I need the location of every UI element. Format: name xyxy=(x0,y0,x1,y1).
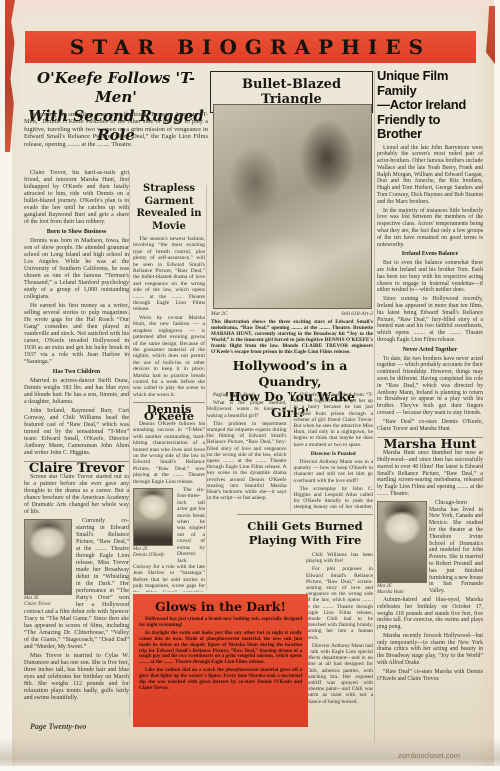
paragraph: Like the radium dial on a watch the phos… xyxy=(139,668,302,692)
mat-number: Mat 2E xyxy=(24,596,39,601)
paragraph: Dennis O'Keefe follows his smashing succ… xyxy=(133,421,205,485)
headline-line-2: Playing With Fire xyxy=(237,533,373,547)
photo-caption-name: Marsha Hunt xyxy=(377,590,404,595)
dennis-okeefe-headline: Dennis O'Keefe xyxy=(133,402,205,419)
paragraph: The season's newest fashion, involving “… xyxy=(133,236,205,313)
paragraph: Lionel and the late John Barrymore were … xyxy=(377,145,483,206)
scanned-pressbook-page: STAR BIOGRAPHIES O'Keefe Follows 'T-Men'… xyxy=(0,0,500,771)
paragraph: Since coming to Hollywood recently, Irel… xyxy=(377,296,483,344)
dennis-okeefe-photo xyxy=(133,488,173,546)
column-rule xyxy=(206,185,207,590)
paragraph: Married to actress-dancer Steffi Duna, D… xyxy=(24,378,129,406)
photo-caption: Mat 2E Claire Trevor xyxy=(24,596,72,608)
paragraph: He earned his first money as a writer, s… xyxy=(24,303,129,366)
strapless-garment-headline: Strapless Garment Revealed in Movie xyxy=(133,183,205,233)
marsha-hunt-headline: Marsha Hunt xyxy=(377,437,483,448)
paragraph: “Raw Deal” co-stars Dennis O'Keefe, Clai… xyxy=(377,419,483,433)
torn-red-edge-right xyxy=(486,6,495,64)
page-bottom-shadow xyxy=(0,738,500,766)
paragraph: Screen star Claire Trevor started out to… xyxy=(24,474,129,516)
claire-trevor-figure: Mat 2E Claire Trevor xyxy=(24,519,72,608)
headline-line-3: Friendly to Brother xyxy=(377,113,483,142)
illustration-caption: This illustration shows the three exciti… xyxy=(211,319,373,356)
okeefe-article-intro: Following his smashing success as the to… xyxy=(24,111,208,148)
paragraph: Claire Trevor, his hard-as-nails girl fr… xyxy=(24,170,129,226)
mat-number: Mat 2E xyxy=(377,584,392,589)
paragraph: Chili Williams has been playing with fir… xyxy=(306,552,373,564)
page-number: Page Twenty-two xyxy=(30,722,86,731)
star-biographies-banner: STAR BIOGRAPHIES xyxy=(25,31,476,63)
paragraph: In daylight the swim suit looks just lik… xyxy=(139,631,302,666)
glows-in-the-dark-box: Glows in the Dark! Hollywood has just cr… xyxy=(133,594,308,727)
still-number: Still 618-Art-2 xyxy=(341,311,373,317)
paragraph: To date, the two brothers have never act… xyxy=(377,356,483,417)
page-edge-right xyxy=(494,0,500,771)
headline-line-2: Revealed in Movie xyxy=(133,208,205,233)
mat-number: Mat 2C xyxy=(211,311,228,317)
headline-line-1: Strapless Garment xyxy=(133,183,205,208)
illustration-caption-meta: Mat 2C Still 618-Art-2 xyxy=(211,311,373,317)
paragraph: Paging Emily Post! xyxy=(207,392,287,398)
quandry-article: Paging Emily Post! What is the proper me… xyxy=(207,392,373,512)
chili-headline: Chili Gets Burned Playing With Fire xyxy=(237,514,373,547)
headline-line-1: Chili Gets Burned xyxy=(237,519,373,533)
headline-line-1: Hollywood's in a Quandry, xyxy=(207,358,373,389)
column-rule xyxy=(129,172,130,718)
paragraph: Dennis was born in Madison, Iowa, the so… xyxy=(24,238,129,301)
left-column: Claire Trevor, his hard-as-nails girl fr… xyxy=(24,170,129,718)
claire-trevor-photo xyxy=(24,519,72,595)
photo-caption-name: Claire Trevor xyxy=(24,602,51,607)
subhead-born-to-show-business: Born to Show Business xyxy=(24,229,129,236)
subhead-ireland-evens-balance: Ireland Evens Balance xyxy=(377,251,483,258)
page-edge-bottom xyxy=(0,766,500,771)
paragraph: Director Anthony Mann was in a quandry —… xyxy=(294,459,374,484)
right-column: Unique Film Family —Actor Ireland Friend… xyxy=(377,69,483,745)
paragraph: Marsha Hunt once thumbed her nose at Hol… xyxy=(377,450,483,498)
paragraph: In the majority of instances little brot… xyxy=(377,208,483,249)
paragraph: O'Keefe, who switched from “T-Men” to fu… xyxy=(294,392,374,448)
glows-headline: Glows in the Dark! xyxy=(139,599,302,614)
photo-caption: Mat 2E Marsha Hunt xyxy=(377,584,425,596)
subhead-never-acted-together: Never Acted Together xyxy=(377,347,483,354)
paragraph: This problem in deportment stumped the e… xyxy=(207,421,287,502)
headline-line-1: Unique Film Family xyxy=(377,69,483,98)
paragraph: Worn by co-star Marsha Hunt, the new fas… xyxy=(133,315,205,398)
headline-line-1: O'Keefe Follows 'T-Men' xyxy=(24,69,208,107)
paragraph: What is the proper method, Hollywood wan… xyxy=(207,400,287,419)
paragraph: Marsha recently forsook Hollywood—but on… xyxy=(377,633,483,667)
headline-line-2: —Actor Ireland xyxy=(377,98,483,113)
paragraph: But to even the balance somewhat there a… xyxy=(377,260,483,294)
second-column: Strapless Garment Revealed in Movie The … xyxy=(133,183,205,592)
paragraph: John Ireland, Raymond Burr, Curt Conway,… xyxy=(24,408,129,457)
torn-red-edge-left xyxy=(5,0,15,152)
paragraph: Director Anthony Mann had a talk with Ea… xyxy=(306,643,373,705)
subhead-has-two-children: Has Two Children xyxy=(24,369,129,376)
column-rule xyxy=(374,70,375,742)
paragraph: Auburn-haired and blue-eyed, Marsha cele… xyxy=(377,597,483,631)
paragraph: “Raw Deal” co-stars Marsha with Dennis O… xyxy=(377,669,483,683)
mat-number: Mat 2E xyxy=(133,547,148,552)
chili-article: Chili Williams has been playing with fir… xyxy=(306,552,373,744)
banner-title: STAR BIOGRAPHIES xyxy=(70,35,431,59)
photo-caption-name: Dennis O'Keefe xyxy=(133,553,164,558)
dennis-okeefe-figure: Mat 2E Dennis O'Keefe xyxy=(133,488,173,559)
paragraph: Miss Trevor is married to Cylas W. Dunsm… xyxy=(24,653,129,702)
paragraph: For plot purposes in Edward Small's Reli… xyxy=(306,566,373,640)
paragraph: Hollywood has just created a brand-new b… xyxy=(139,617,302,629)
claire-trevor-headline: Claire Trevor xyxy=(24,461,129,472)
marsha-hunt-photo xyxy=(377,501,427,583)
marsha-hunt-figure: Mat 2E Marsha Hunt xyxy=(377,501,425,596)
photo-caption: Mat 2E Dennis O'Keefe xyxy=(133,547,173,559)
subhead-director-is-puzzled: Director Is Puzzled xyxy=(294,451,374,457)
triangle-illustration xyxy=(213,104,372,309)
ireland-headline: Unique Film Family —Actor Ireland Friend… xyxy=(377,69,483,142)
